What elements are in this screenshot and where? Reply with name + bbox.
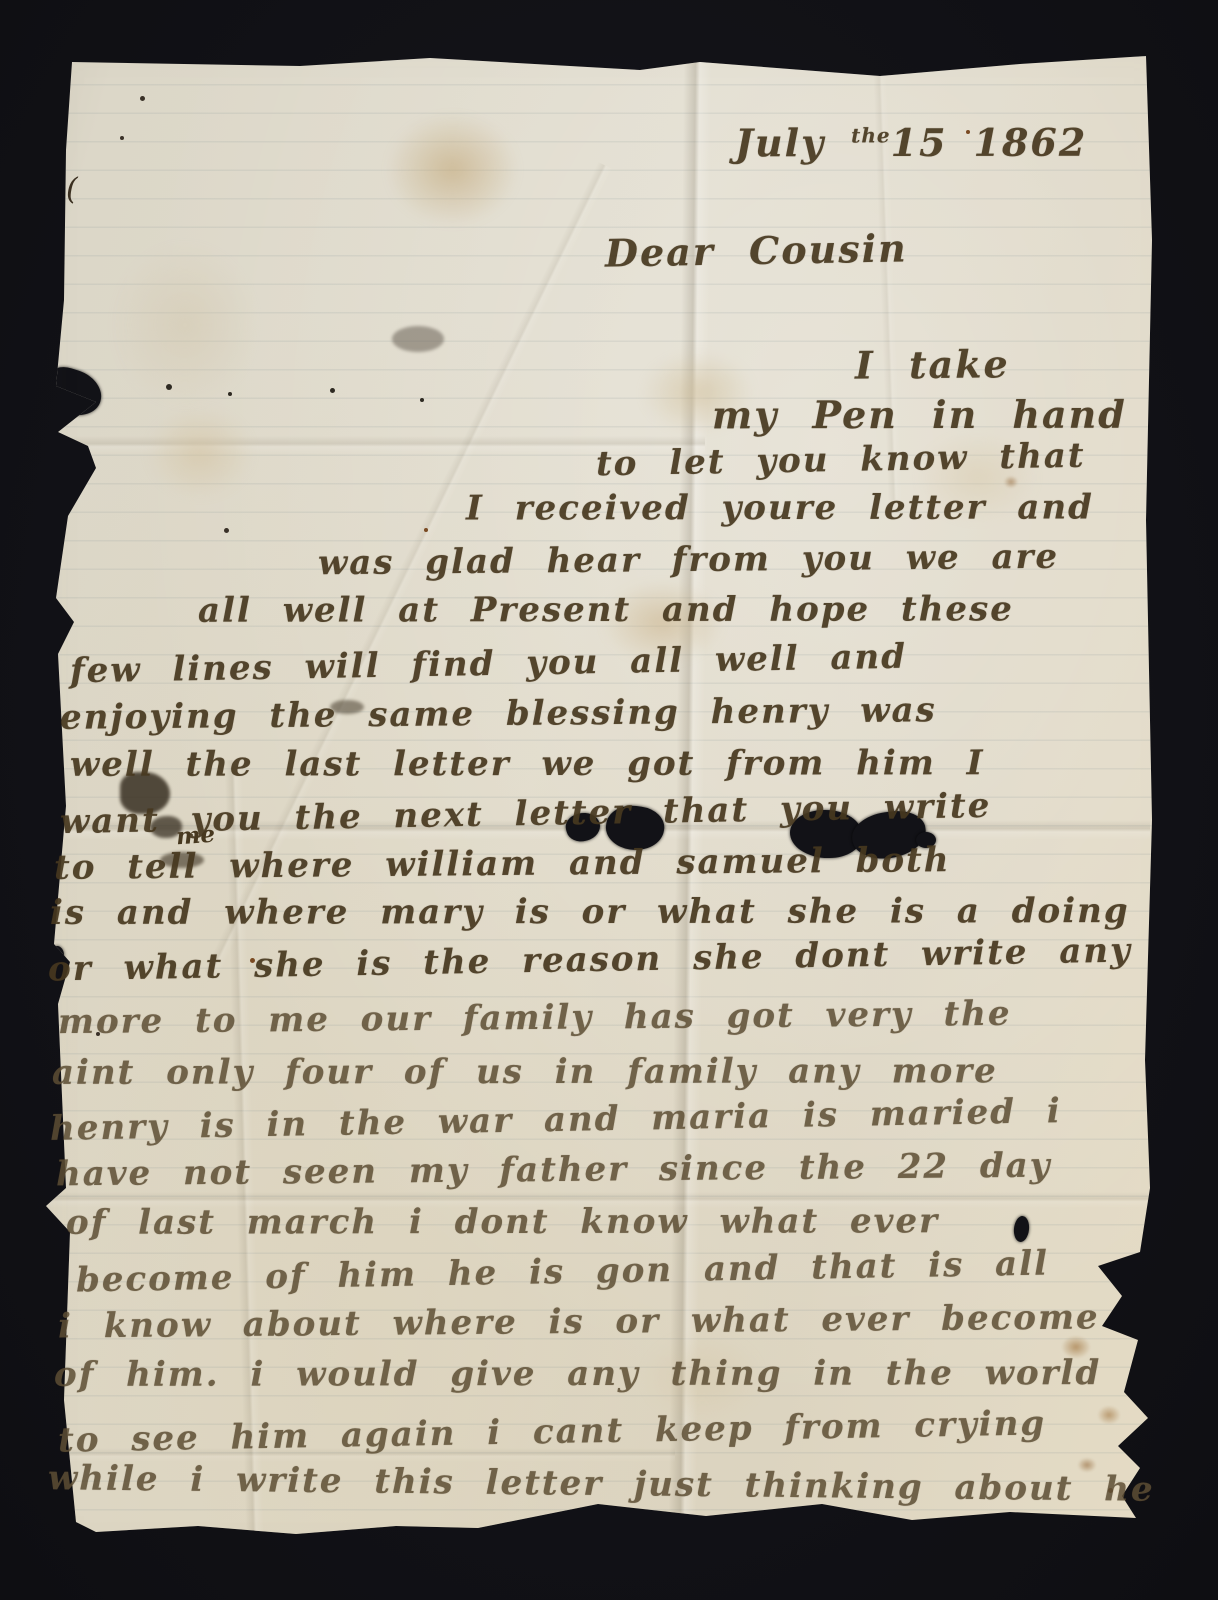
paper-stain: [110, 240, 260, 410]
date-line: Julythe151862: [735, 120, 1087, 166]
ink-speck: [330, 388, 335, 393]
letter-line: was glad hear from you we are: [318, 537, 1059, 583]
ink-speck: [420, 398, 424, 402]
letter-line: well the last letter we got from him I: [70, 743, 985, 785]
date-superscript: the: [851, 123, 891, 147]
ink-speck: [166, 384, 172, 390]
ink-speck: [140, 96, 145, 101]
date-year: 1862: [973, 120, 1087, 165]
letter-line: more to me our family has got very the: [58, 994, 1012, 1042]
letter-line: I take: [855, 341, 1010, 387]
ink-speck: [424, 528, 428, 532]
ink-speck: [120, 136, 124, 140]
letter-line: enjoying the same blessing henry was: [60, 690, 937, 738]
letter-line: is and where mary is or what she is a do…: [50, 891, 1130, 933]
letter-line: my Pen in hand: [712, 392, 1127, 438]
paper-hole: [39, 362, 108, 422]
paper-hole: [1013, 1215, 1031, 1242]
letter-line: to let you know that: [596, 436, 1086, 485]
paper-stain: [385, 112, 520, 227]
ink-speck: [224, 528, 229, 533]
inserted-word: me: [175, 821, 216, 851]
letter-line: aint only four of us in family any more: [52, 1051, 998, 1093]
ink-blot: [392, 326, 444, 352]
letter-line: I received youre letter and: [466, 487, 1094, 528]
paper-stain: [145, 405, 255, 500]
paper-stain: [1098, 1406, 1120, 1424]
date-month: July: [735, 120, 825, 165]
salutation: Dear Cousin: [605, 225, 908, 275]
stray-pen-mark: (: [66, 172, 78, 207]
ink-speck: [228, 392, 232, 396]
letter-line: of him. i would give any thing in the wo…: [54, 1353, 1101, 1395]
letter-line: of last march i dont know what ever: [66, 1201, 939, 1243]
letter-line: all well at Present and hope these: [198, 589, 1014, 630]
date-day: 15: [891, 120, 948, 165]
letter-photo: ( Julythe151862 Dear Cousin I take my Pe…: [0, 0, 1218, 1600]
paper-stain: [1004, 476, 1018, 488]
